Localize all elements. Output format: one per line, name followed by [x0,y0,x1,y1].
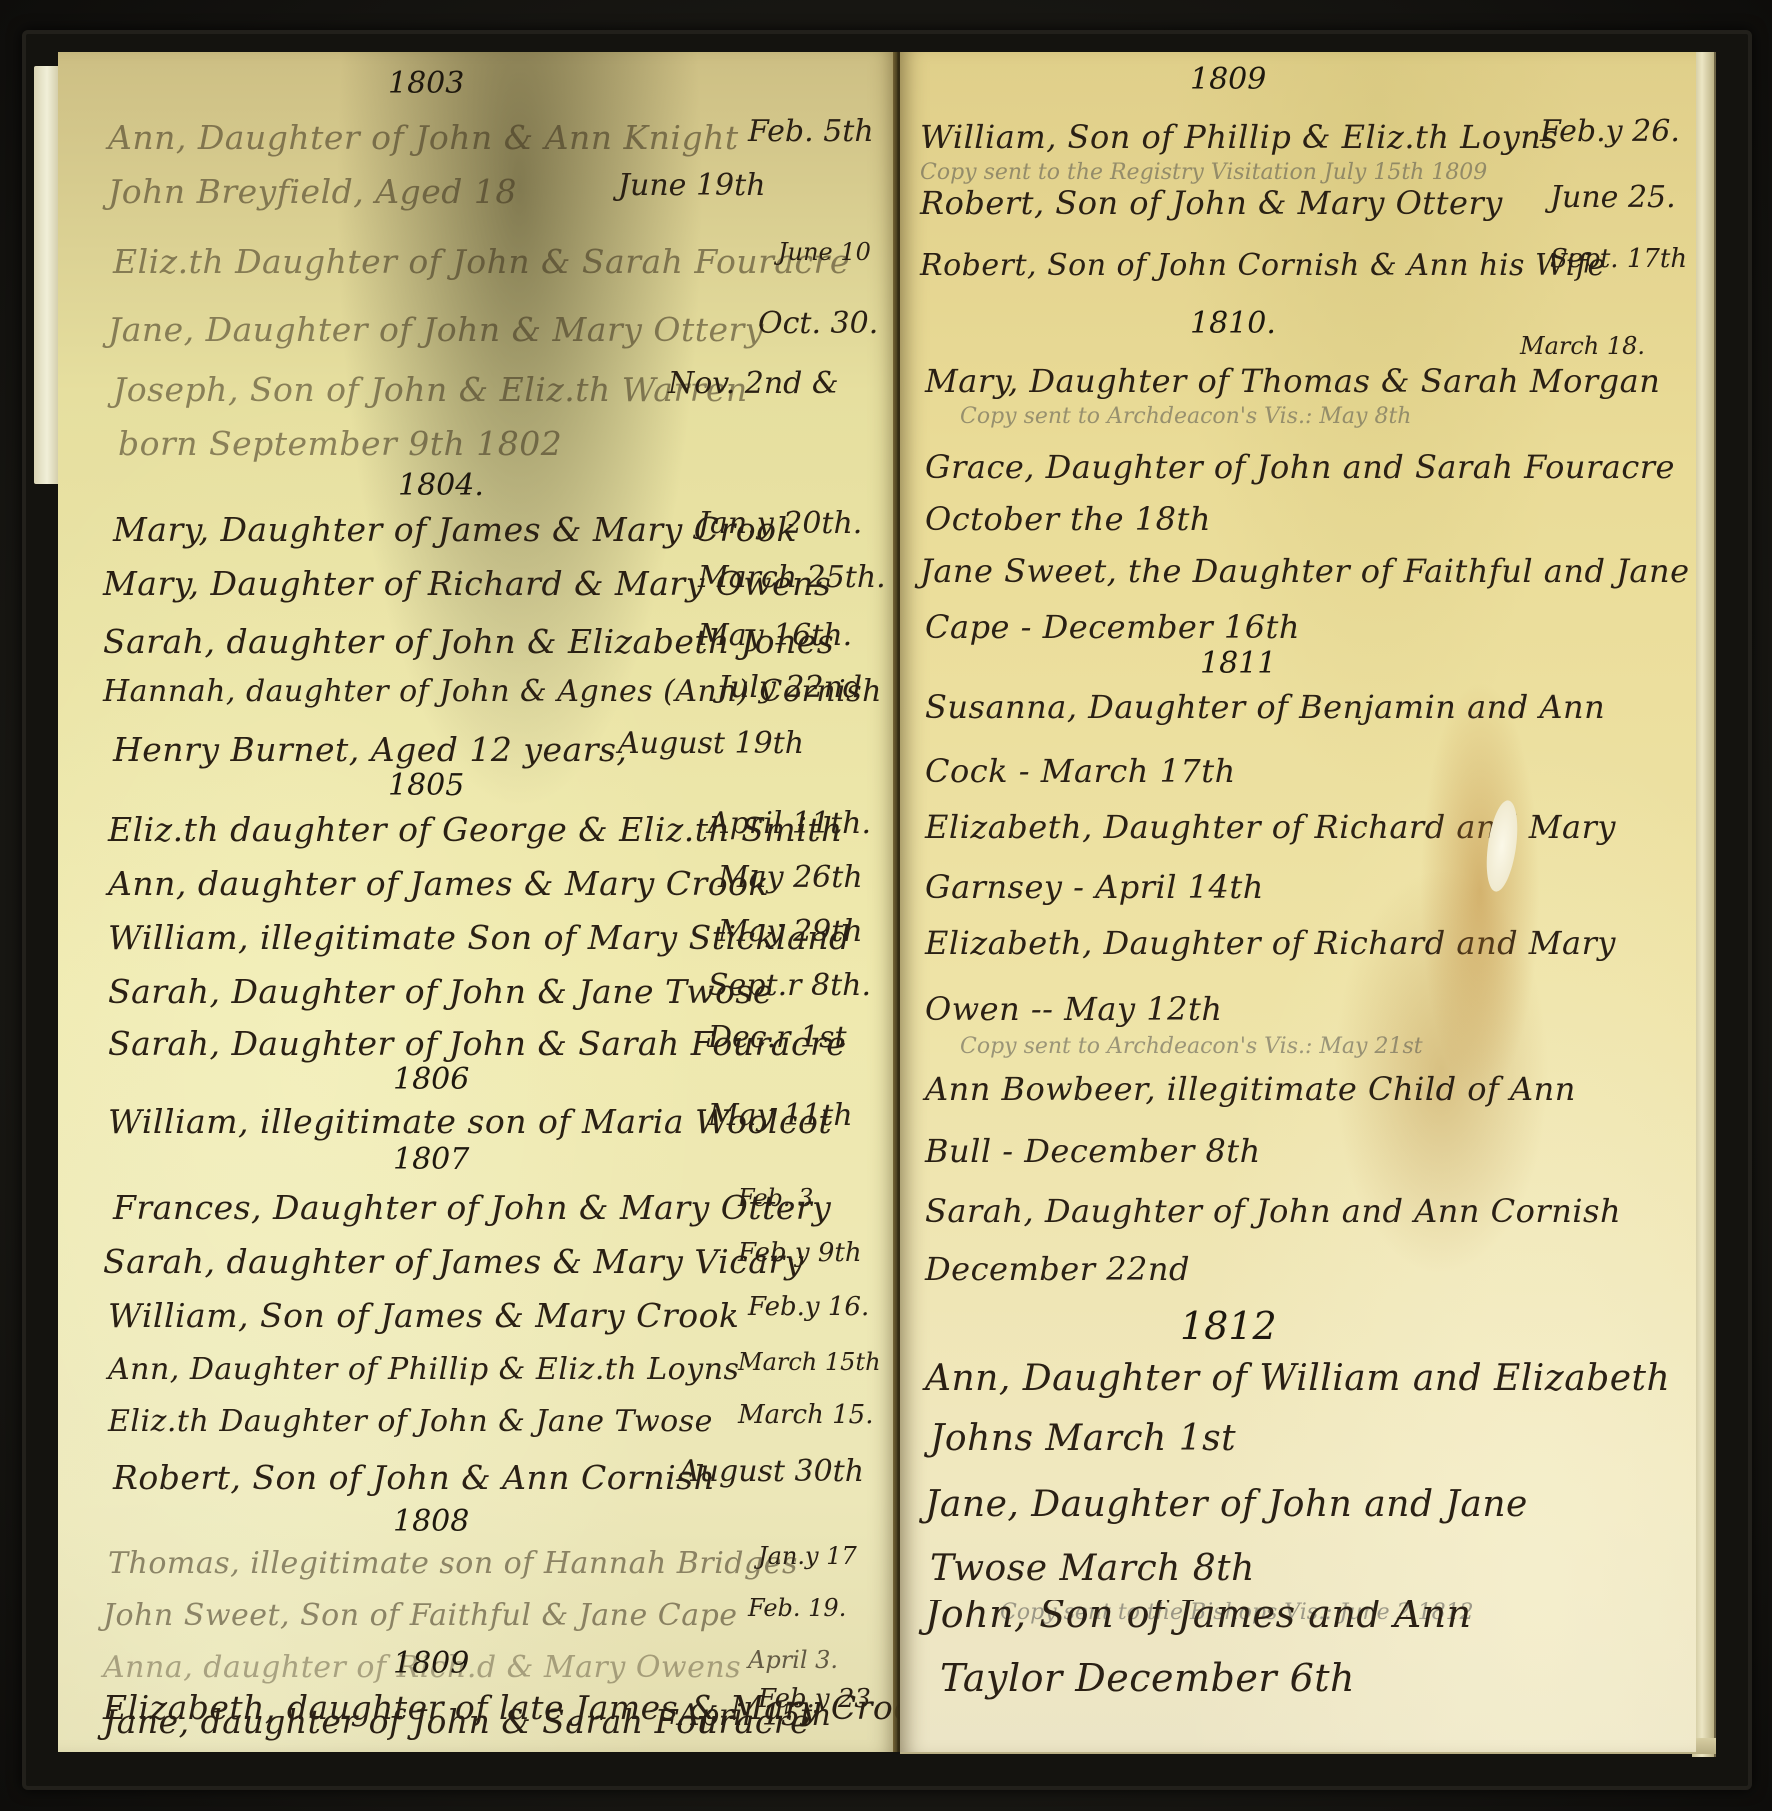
entry-date: Jan.y 20th. [698,506,862,541]
year-heading: 1811 [1200,646,1276,681]
register-entry: John Breyfield, Aged 18 [108,172,517,211]
register-entry: Frances, Daughter of John & Mary Ottery [113,1188,831,1227]
register-entry: Owen -- May 12th [925,990,1222,1028]
year-heading: 1809 [393,1646,469,1681]
register-entry: Robert, Son of John Cornish & Ann his Wi… [920,248,1606,283]
entry-date: Nov. 2nd & [668,366,839,401]
year-heading: 1810. [1190,306,1276,341]
left-page: 1803 Ann, Daughter of John & Ann Knight … [58,52,900,1752]
entry-date: Feb.y 23 [758,1684,871,1714]
page-edge-left [34,66,60,484]
register-entry: Robert, Son of John & Mary Ottery [920,184,1503,222]
register-entry: Henry Burnet, Aged 12 years, [113,730,627,769]
year-heading: 1804. [398,468,484,503]
entry-date: March 25th. [698,560,886,595]
year-heading: 1803 [388,66,464,101]
register-entry: Jane Sweet, the Daughter of Faithful and… [920,552,1690,590]
entry-date: May 29th [718,914,863,949]
entry-date: March 15. [738,1400,873,1430]
year-heading: 1805 [388,768,464,803]
right-page-footer: Sarah, Daughter of Thomas and Sarah Morg… [900,1600,1696,1750]
entry-date: August 30th [678,1454,864,1489]
register-entry: Bull - December 8th [925,1132,1261,1170]
register-entry: John Sweet, Son of Faithful & Jane Cape [103,1598,738,1633]
register-entry: Ann, Daughter of Phillip & Eliz.th Loyns [108,1352,739,1387]
entry-date: May 16th. [698,618,852,653]
register-entry: Sarah, Daughter of John & Jane Twose [108,972,773,1011]
register-entry: Ann, Daughter of John & Ann Knight [108,118,739,157]
register-entry: Thomas, illegitimate son of Hannah Bridg… [108,1546,798,1581]
register-entry: Ann Bowbeer, illegitimate Child of Ann [925,1070,1576,1108]
register-entry: Jane, Daughter of John & Mary Ottery [108,310,764,349]
pencil-annotation: Copy sent to Archdeacon's Vis.: May 8th [960,404,1411,429]
register-entry: October the 18th [925,500,1211,538]
entry-date: Feb.y 26. [1540,114,1680,149]
entry-date: Feb.y 9th [738,1238,862,1268]
entry-date: April 11th. [708,806,871,841]
register-entry: Cape - December 16th [925,608,1300,646]
entry-date: Feb. 5th [748,114,874,149]
entry-date: June 25. [1550,180,1676,215]
right-page: 1809 William, Son of Phillip & Eliz.th L… [900,52,1696,1752]
register-entry: Sarah, Daughter of John and Ann Cornish [925,1192,1621,1230]
entry-date: August 19th [618,726,804,761]
register-entry: Ann, daughter of James & Mary Crook [108,864,769,903]
register-entry: Mary, Daughter of Thomas & Sarah Morgan [925,362,1660,400]
register-entry: Mary, Daughter of James & Mary Crook [113,510,797,549]
register-entry: Elizabeth, Daughter of Richard and Mary [925,924,1616,962]
register-entry: Eliz.th Daughter of John & Sarah Fouracr… [113,242,850,281]
entry-date: March 18. [1520,332,1645,360]
entry-date: June 19th [618,168,766,203]
entry-date: Feb. 3 [738,1184,813,1212]
year-heading: 1806 [393,1062,469,1097]
register-entry: Johns March 1st [930,1418,1236,1459]
entry-date: Jan.y 17 [758,1542,857,1570]
entry-date: Oct. 30. [758,306,878,341]
year-heading: 1807 [393,1142,469,1177]
register-entry: William, Son of James & Mary Crook [108,1296,739,1335]
register-entry: William, Son of Phillip & Eliz.th Loyns [920,118,1558,156]
year-heading: 1808 [393,1504,469,1539]
pencil-annotation: Copy sent to Archdeacon's Vis.: May 21st [960,1034,1423,1059]
register-entry: Sarah, daughter of James & Mary Vicary [103,1242,804,1281]
year-heading: 1809 [1190,62,1266,97]
register-entry: Ann, Daughter of William and Elizabeth [925,1358,1670,1399]
register-entry: Twose March 8th [930,1548,1255,1589]
entry-date: Sept. 17th [1550,244,1687,274]
register-entry: Taylor December 6th [940,1656,1355,1700]
register-entry: Robert, Son of John & Ann Cornish [113,1458,715,1497]
register-entry: December 22nd [925,1250,1190,1288]
register-entry: Garnsey - April 14th [925,868,1264,906]
entry-date: Dec.r 1st [708,1020,847,1055]
entry-date: June 10 [778,238,871,266]
register-entry: Susanna, Daughter of Benjamin and Ann [925,688,1605,726]
entry-date: Feb. 19. [748,1594,846,1622]
entry-date: March 15th [738,1348,881,1376]
entry-date: May 11th [708,1098,853,1133]
entry-date: Sept.r 8th. [708,968,871,1003]
entry-date: May 26th [718,860,863,895]
register-entry: Joseph, Son of John & Eliz.th Warren [113,370,748,409]
register-entry: Jane, Daughter of John and Jane [925,1484,1528,1525]
entry-date: Feb.y 16. [748,1292,869,1322]
register-entry: Eliz.th Daughter of John & Jane Twose [108,1404,713,1439]
entry-date: July 22nd [718,670,862,705]
manuscript-scan: 1803 Ann, Daughter of John & Ann Knight … [0,0,1772,1811]
year-heading: 1812 [1180,1304,1277,1348]
register-entry: Cock - March 17th [925,752,1236,790]
register-entry: John, Son of James and Ann [925,1600,1472,1636]
pencil-annotation: Copy sent to the Registry Visitation Jul… [920,160,1487,185]
register-entry: born September 9th 1802 [118,424,562,463]
register-entry: Grace, Daughter of John and Sarah Fourac… [925,448,1675,486]
left-page-footer: 1809 Elizabeth, daughter of late James &… [58,1640,900,1750]
